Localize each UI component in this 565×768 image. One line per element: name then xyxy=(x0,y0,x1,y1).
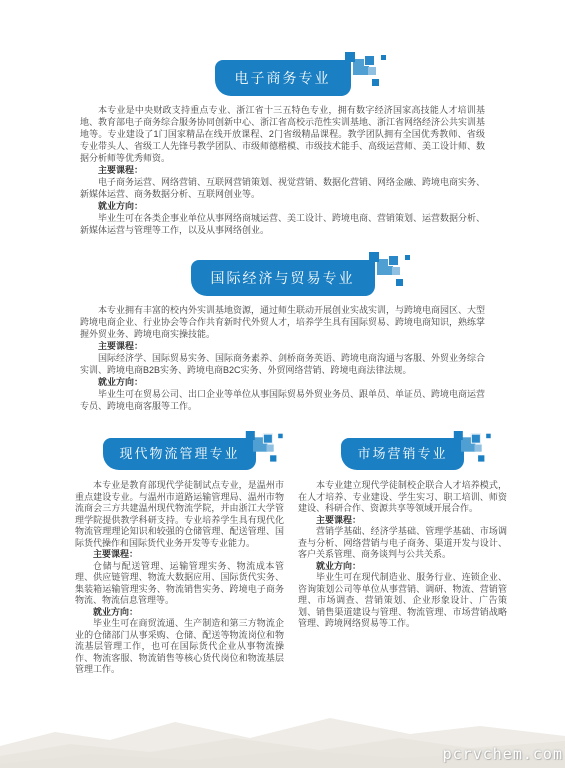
section-body: 本专业拥有丰富的校内外实训基地资源，通过师生联动开展创业实战实训，与跨境电商园区… xyxy=(80,304,485,412)
jobs-label: 就业方向： xyxy=(298,561,507,573)
section-body: 本专业是中央财政支持重点专业、浙江省十三五特色专业，拥有数字经济国家高技能人才培… xyxy=(80,104,485,236)
section-body: 本专业是教育部现代学徒制试点专业，是温州市重点建设专业。与温州市道路运输管理局、… xyxy=(75,480,284,676)
section-title-banner-marketing: 市场营销专业 xyxy=(341,438,463,470)
section-intl-trade: 国际经济与贸易专业 本专业拥有丰富的校内外实训基地资源，通过师生联动开展创业实战… xyxy=(0,260,565,412)
section-body: 本专业建立现代学徒制校企联合人才培养模式，在人才培养、专业建设、学生实习、职工培… xyxy=(298,480,507,630)
section-title-banner-ecommerce: 电子商务专业 xyxy=(215,60,351,96)
watermark-text: pcrvchem.com xyxy=(443,745,563,763)
banner-row-marketing: 市场营销专业 xyxy=(298,438,507,470)
section-intro: 本专业是中央财政支持重点专业、浙江省十三五特色专业，拥有数字经济国家高技能人才培… xyxy=(80,104,485,164)
brochure-page: 电子商务专业 本专业是中央财政支持重点专业、浙江省十三五特色专业，拥有数字经济国… xyxy=(0,0,565,768)
section-marketing: 市场营销专业 本专业建立现代学徒制校企联合人才培养模式，在人才培养、专业建设、学… xyxy=(298,438,507,676)
section-intro: 本专业建立现代学徒制校企联合人才培养模式，在人才培养、专业建设、学生实习、职工培… xyxy=(298,480,507,515)
pixel-squares-icon xyxy=(244,431,285,469)
jobs-text: 毕业生可在现代制造业、服务行业、连锁企业、咨询策划公司等单位从事营销、调研、物流… xyxy=(298,572,507,630)
jobs-text: 毕业生可在各类企事业单位从事网络商城运营、美工设计、跨境电商、营销策划、运营数据… xyxy=(80,212,485,236)
section-logistics: 现代物流管理专业 本专业是教育部现代学徒制试点专业，是温州市重点建设专业。与温州… xyxy=(75,438,284,676)
pixel-squares-icon xyxy=(343,52,389,94)
courses-text: 仓储与配送管理、运输管理实务、物流成本管理、供应链管理、物流大数据应用、国际货代… xyxy=(75,561,284,607)
jobs-label: 就业方向： xyxy=(75,607,284,619)
section-intro: 本专业是教育部现代学徒制试点专业，是温州市重点建设专业。与温州市道路运输管理局、… xyxy=(75,480,284,549)
courses-label: 主要课程： xyxy=(298,515,507,527)
banner-row-intl-trade: 国际经济与贸易专业 xyxy=(0,260,565,296)
courses-label: 主要课程： xyxy=(80,164,485,176)
section-title: 国际经济与贸易专业 xyxy=(211,270,355,286)
section-title: 电子商务专业 xyxy=(235,70,331,86)
section-ecommerce: 电子商务专业 本专业是中央财政支持重点专业、浙江省十三五特色专业，拥有数字经济国… xyxy=(0,60,565,236)
courses-label: 主要课程： xyxy=(80,340,485,352)
jobs-label: 就业方向： xyxy=(80,200,485,212)
jobs-text: 毕业生可在商贸流通、生产制造和第三方物流企业的仓储部门从事采购、仓储、配送等物流… xyxy=(75,618,284,676)
banner-row-ecommerce: 电子商务专业 xyxy=(0,60,565,96)
section-title: 市场营销专业 xyxy=(357,446,447,461)
courses-text: 国际经济学、国际贸易实务、国际商务素养、剑桥商务英语、跨境电商沟通与客服、外贸业… xyxy=(80,352,485,376)
pixel-squares-icon xyxy=(367,252,413,294)
jobs-label: 就业方向： xyxy=(80,376,485,388)
section-title-banner-intl-trade: 国际经济与贸易专业 xyxy=(191,260,375,296)
section-title: 现代物流管理专业 xyxy=(119,446,239,461)
courses-text: 营销学基础、经济学基础、管理学基础、市场调查与分析、网络营销与电子商务、渠道开发… xyxy=(298,526,507,561)
banner-row-logistics: 现代物流管理专业 xyxy=(75,438,284,470)
section-intro: 本专业拥有丰富的校内外实训基地资源，通过师生联动开展创业实战实训，与跨境电商园区… xyxy=(80,304,485,340)
pixel-squares-icon xyxy=(452,431,493,469)
jobs-text: 毕业生可在贸易公司、出口企业等单位从事国际贸易外贸业务员、跟单员、单证员、跨境电… xyxy=(80,388,485,412)
courses-label: 主要课程： xyxy=(75,549,284,561)
courses-text: 电子商务运营、网络营销、互联网营销策划、视觉营销、数据化营销、网络金融、跨境电商… xyxy=(80,176,485,200)
section-title-banner-logistics: 现代物流管理专业 xyxy=(103,438,255,470)
two-column-section: 现代物流管理专业 本专业是教育部现代学徒制试点专业，是温州市重点建设专业。与温州… xyxy=(75,438,507,676)
